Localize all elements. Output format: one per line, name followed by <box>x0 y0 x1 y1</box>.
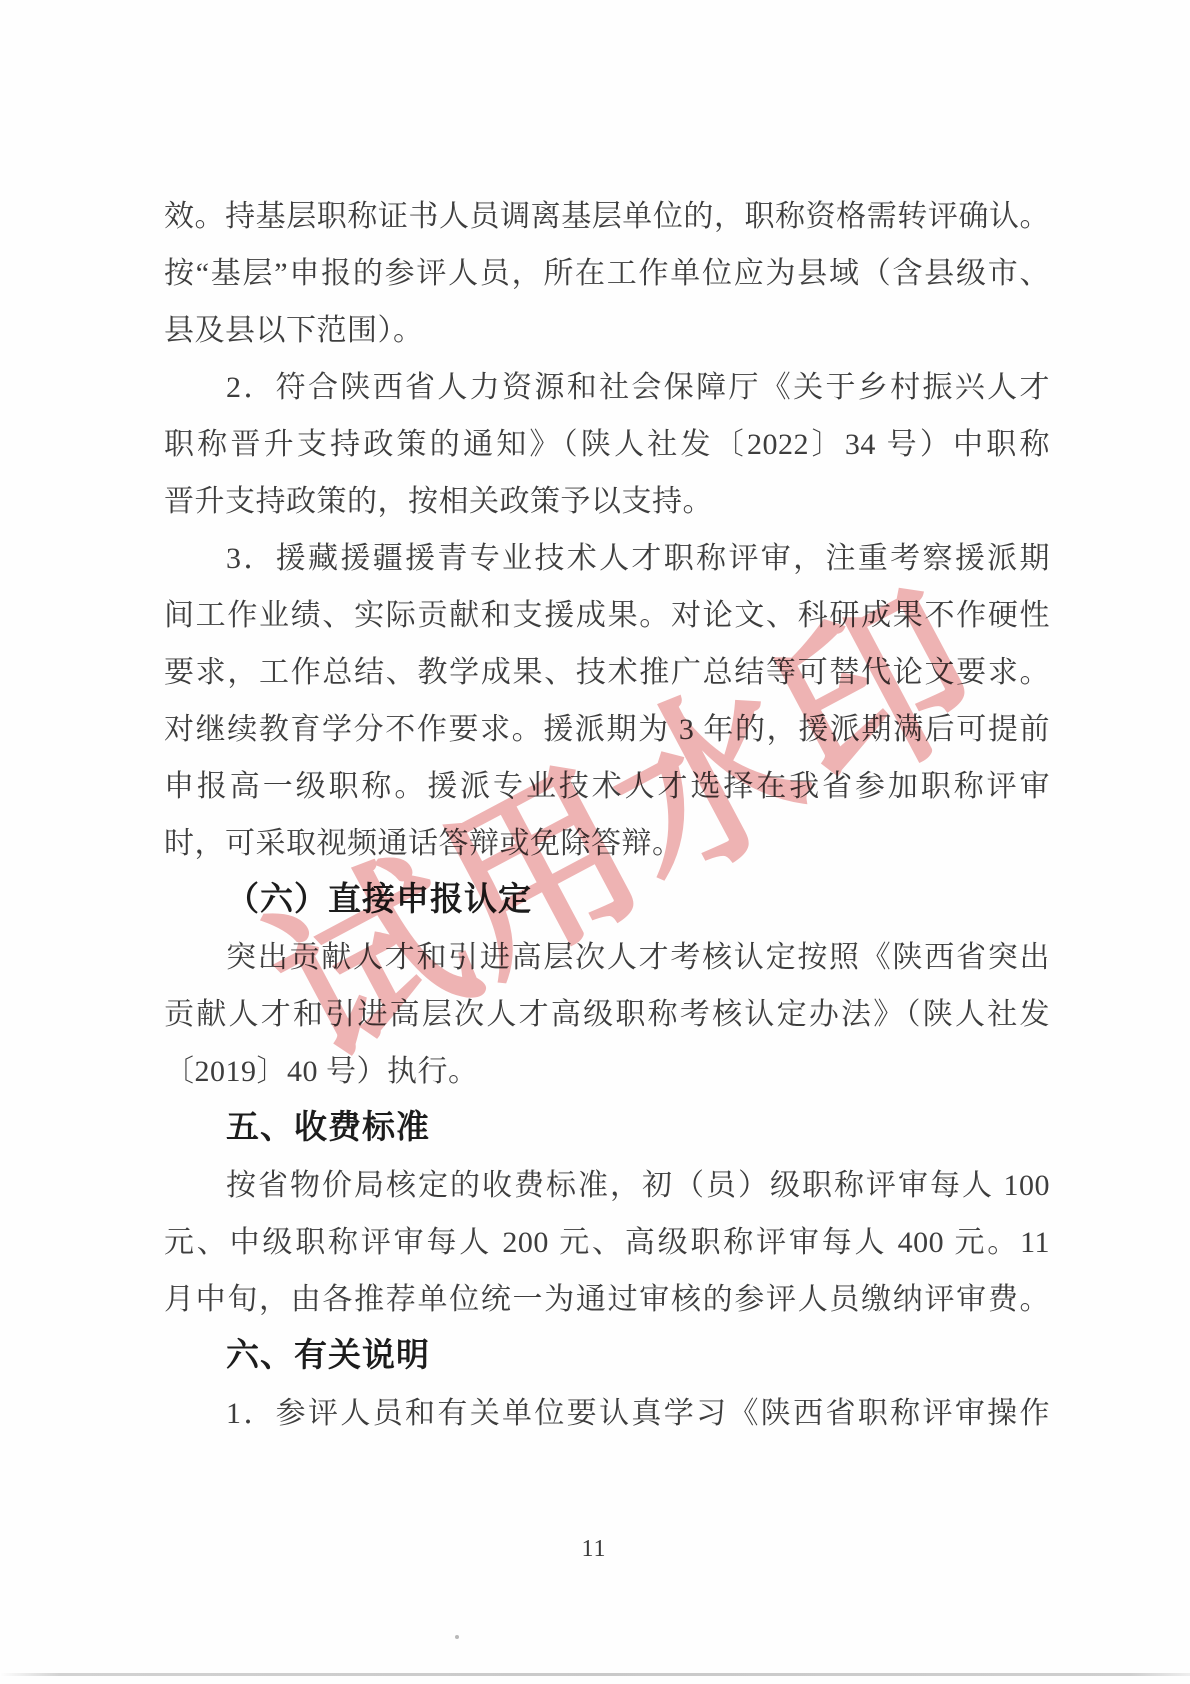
text-line: 对继续教育学分不作要求。援派期为 3 年的，援派期满后可提前 <box>164 701 1050 758</box>
scan-edge-shadow <box>0 1673 1190 1676</box>
text-line: 按“基层”申报的参评人员，所在工作单位应为县域（含县级市、 <box>164 245 1050 302</box>
text-line: 要求，工作总结、教学成果、技术推广总结等可替代论文要求。 <box>164 644 1050 701</box>
text-line: 元、中级职称评审每人 200 元、高级职称评审每人 400 元。11 <box>164 1214 1050 1271</box>
text-line: 申报高一级职称。援派专业技术人才选择在我省参加职称评审 <box>164 758 1050 815</box>
heading-line: 五、收费标准 <box>164 1100 1050 1157</box>
text-line: 时，可采取视频通话答辩或免除答辩。 <box>164 815 1050 872</box>
text-line: 县及县以下范围）。 <box>164 302 1050 359</box>
scan-dot-artifact <box>455 1635 459 1639</box>
text-line: 3．援藏援疆援青专业技术人才职称评审，注重考察援派期 <box>164 530 1050 587</box>
heading-line: 六、有关说明 <box>164 1328 1050 1385</box>
text-line: 月中旬，由各推荐单位统一为通过审核的参评人员缴纳评审费。 <box>164 1271 1050 1328</box>
text-line: 2．符合陕西省人力资源和社会保障厅《关于乡村振兴人才 <box>164 359 1050 416</box>
heading-line: （六）直接申报认定 <box>164 872 1050 929</box>
text-line: 1．参评人员和有关单位要认真学习《陕西省职称评审操作 <box>164 1385 1050 1442</box>
text-line: 按省物价局核定的收费标准，初（员）级职称评审每人 100 <box>164 1157 1050 1214</box>
text-line: 间工作业绩、实际贡献和支援成果。对论文、科研成果不作硬性 <box>164 587 1050 644</box>
text-line: 〔2019〕40 号）执行。 <box>164 1043 1050 1100</box>
page-number: 11 <box>0 1536 1188 1563</box>
text-line: 贡献人才和引进高层次人才高级职称考核认定办法》（陕人社发 <box>164 986 1050 1043</box>
text-line: 职称晋升支持政策的通知》（陕人社发〔2022〕34 号）中职称 <box>164 416 1050 473</box>
text-line: 突出贡献人才和引进高层次人才考核认定按照《陕西省突出 <box>164 929 1050 986</box>
text-line: 效。持基层职称证书人员调离基层单位的，职称资格需转评确认。 <box>164 188 1050 245</box>
text-line: 晋升支持政策的，按相关政策予以支持。 <box>164 473 1050 530</box>
document-page: 效。持基层职称证书人员调离基层单位的，职称资格需转评确认。按“基层”申报的参评人… <box>0 0 1190 1684</box>
text-block: 效。持基层职称证书人员调离基层单位的，职称资格需转评确认。按“基层”申报的参评人… <box>164 188 1050 1442</box>
